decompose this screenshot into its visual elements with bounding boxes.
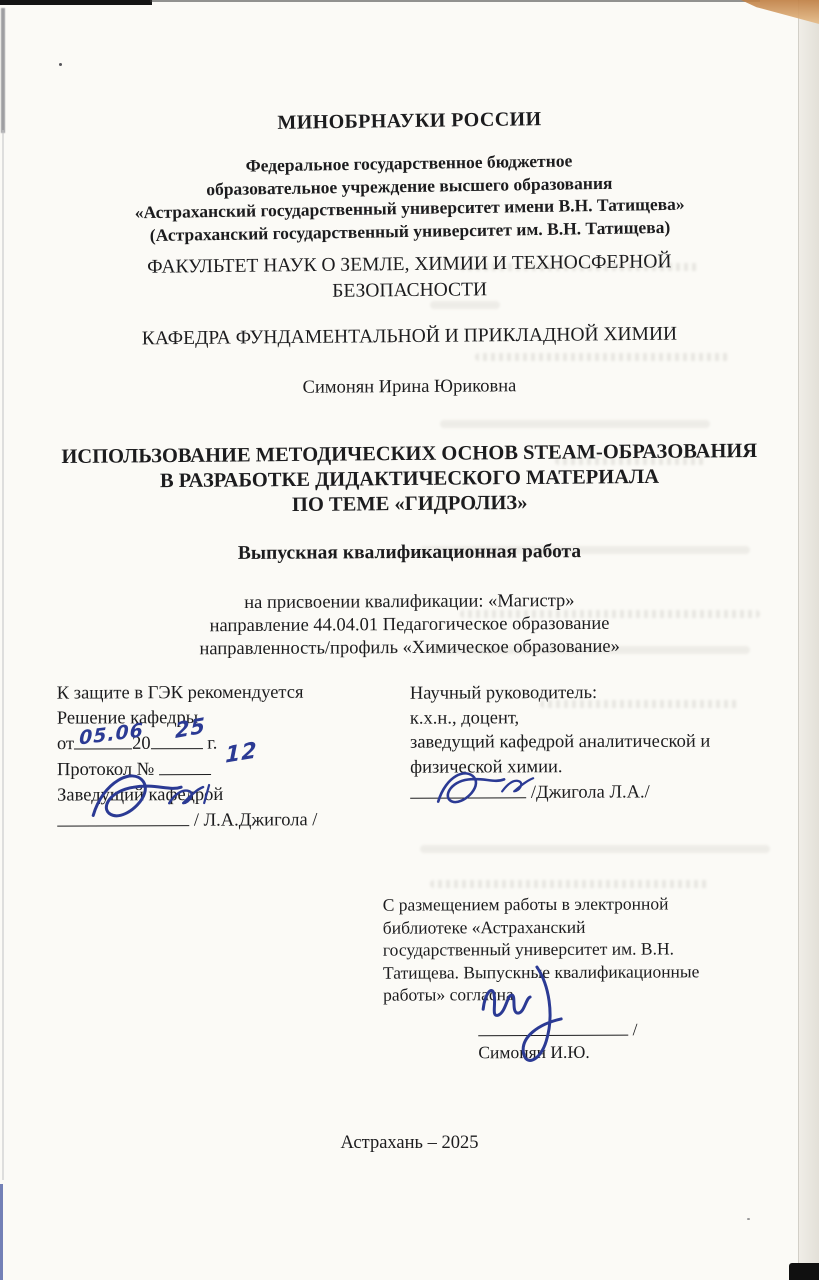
scan-speck: [59, 63, 62, 66]
date-prefix: от: [57, 734, 74, 754]
consent-signature-ink: [475, 961, 595, 1074]
approval-block: К защите в ГЭК рекомендуется Решение каф…: [57, 680, 388, 833]
scan-edge-bottom-left: [0, 1184, 3, 1280]
head-signature-ink: [85, 763, 235, 834]
consent-block: С размещением работы в электронной библи…: [383, 892, 704, 1064]
thesis-title: ИСПОЛЬЗОВАНИЕ МЕТОДИЧЕСКИХ ОСНОВ STEAM-О…: [0, 438, 819, 520]
supervisor-line: Научный руководитель:: [410, 680, 805, 706]
supervisor-line: к.х.н., доцент,: [410, 705, 805, 731]
city-year: Астрахань – 2025: [0, 1133, 819, 1154]
supervisor-block: Научный руководитель: к.х.н., доцент, за…: [410, 680, 805, 806]
scan-speck: [747, 1218, 750, 1220]
bleed-through-line: [420, 845, 770, 853]
approval-line: К защите в ГЭК рекомендуется: [57, 680, 387, 706]
scan-edge-top: [0, 0, 152, 5]
consent-line: библиотеке «Астраханский: [383, 915, 703, 939]
author-name: Симонян Ирина Юриковна: [0, 374, 819, 401]
department-heading: КАФЕДРА ФУНДАМЕНТАЛЬНОЙ И ПРИКЛАДНОЙ ХИМ…: [0, 322, 819, 351]
ministry-heading: МИНОБРНАУКИ РОССИИ: [0, 104, 819, 138]
qualification-line: направленность/профиль «Химическое образ…: [0, 634, 819, 662]
bleed-through-line: [440, 420, 710, 428]
supervisor-signature-ink: [432, 765, 544, 811]
supervisor-name: /Джигола Л.А./: [531, 783, 650, 803]
faculty-heading: ФАКУЛЬТЕТ НАУК О ЗЕМЛЕ, ХИМИИ И ТЕХНОСФЕ…: [0, 248, 819, 308]
institution-block: Федеральное государственное бюджетное об…: [0, 146, 819, 249]
consent-line: государственный университет им. В.Н.: [383, 937, 703, 961]
scan-edge-top-thin: [150, 0, 760, 2]
qualification-block: на присвоении квалификации: «Магистр» на…: [0, 588, 819, 662]
scan-corner-top-right: [741, 0, 819, 24]
bleed-through-line: [430, 880, 710, 888]
scan-edge-left: [1, 8, 5, 133]
supervisor-line: заведущий кафедрой аналитической и: [410, 729, 805, 755]
work-type: Выпускная квалификационная работа: [0, 540, 819, 566]
consent-line: С размещением работы в электронной: [383, 892, 703, 916]
bleed-through-line: [475, 353, 730, 361]
year-suffix: г.: [207, 734, 217, 754]
scan-corner-bottom-right: [789, 1263, 819, 1280]
scanned-title-page: МИНОБРНАУКИ РОССИИ Федеральное государст…: [0, 0, 819, 1280]
